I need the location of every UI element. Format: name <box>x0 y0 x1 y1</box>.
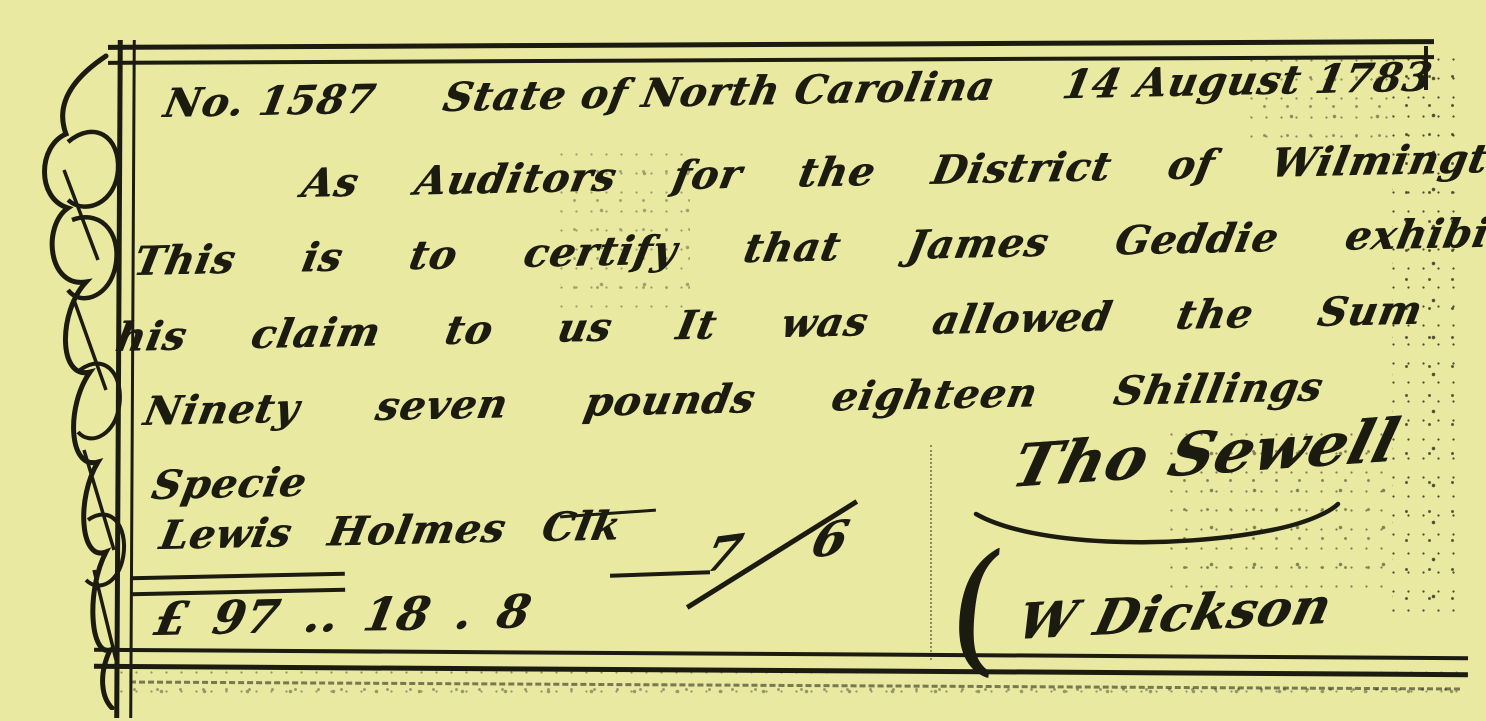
notation-dash-stroke <box>610 570 710 577</box>
frame-left-border <box>114 40 136 718</box>
sewell-signature-flourish <box>972 500 1342 546</box>
auditor-signature-dickson: W Dickson <box>1012 576 1338 651</box>
auditor-signature-sewell: Tho Sewell <box>1005 406 1407 502</box>
certify-line: This is to certify that James Geddie exh… <box>130 208 1486 285</box>
document-date: 14 August 1783 <box>1059 54 1437 109</box>
scanned-certificate-page: No. 1587 State of North Carolina 14 Augu… <box>0 0 1486 721</box>
frame-bottom-dashed-rule <box>130 681 1460 691</box>
clerk-signature: Lewis Holmes Clk <box>156 502 625 559</box>
address-line: As Auditors for the District of Wilmingt… <box>298 134 1486 207</box>
fold-crease-line <box>930 445 932 660</box>
state-heading: State of North Carolina <box>439 63 999 121</box>
frame-bottom-border <box>94 648 1468 677</box>
claim-line: his claim to us It was allowed the Sum o… <box>112 284 1486 361</box>
specie-label: Specie <box>148 459 311 509</box>
document-number: No. 1587 <box>160 76 380 127</box>
header-line: No. 1587 State of North Carolina 14 Augu… <box>160 54 1436 127</box>
amount-figures: £ 97 .. 18 . 8 <box>150 584 536 646</box>
